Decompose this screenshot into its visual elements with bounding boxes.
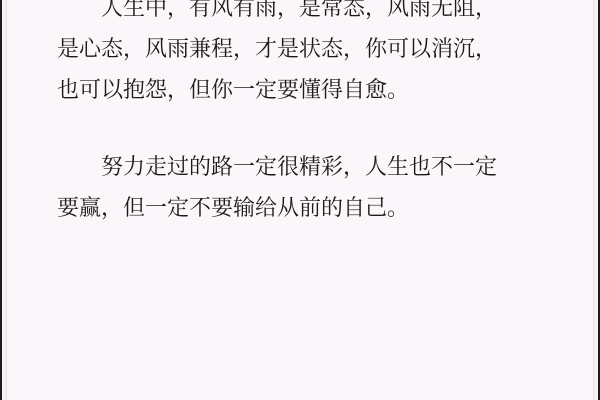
paragraph-1: 人生中，有风有雨，是常态，风雨无阻，是心态，风雨兼程，才是状态，你可以消沉，也可… [57, 0, 507, 111]
document-body: 人生中，有风有雨，是常态，风雨无阻，是心态，风雨兼程，才是状态，你可以消沉，也可… [57, 0, 507, 229]
page-frame: 人生中，有风有雨，是常态，风雨无阻，是心态，风雨兼程，才是状态，你可以消沉，也可… [0, 0, 600, 400]
left-border-strip [2, 0, 7, 400]
right-border-strip [593, 0, 598, 400]
paragraph-2: 努力走过的路一定很精彩，人生也不一定要赢，但一定不要输给从前的自己。 [57, 147, 507, 229]
